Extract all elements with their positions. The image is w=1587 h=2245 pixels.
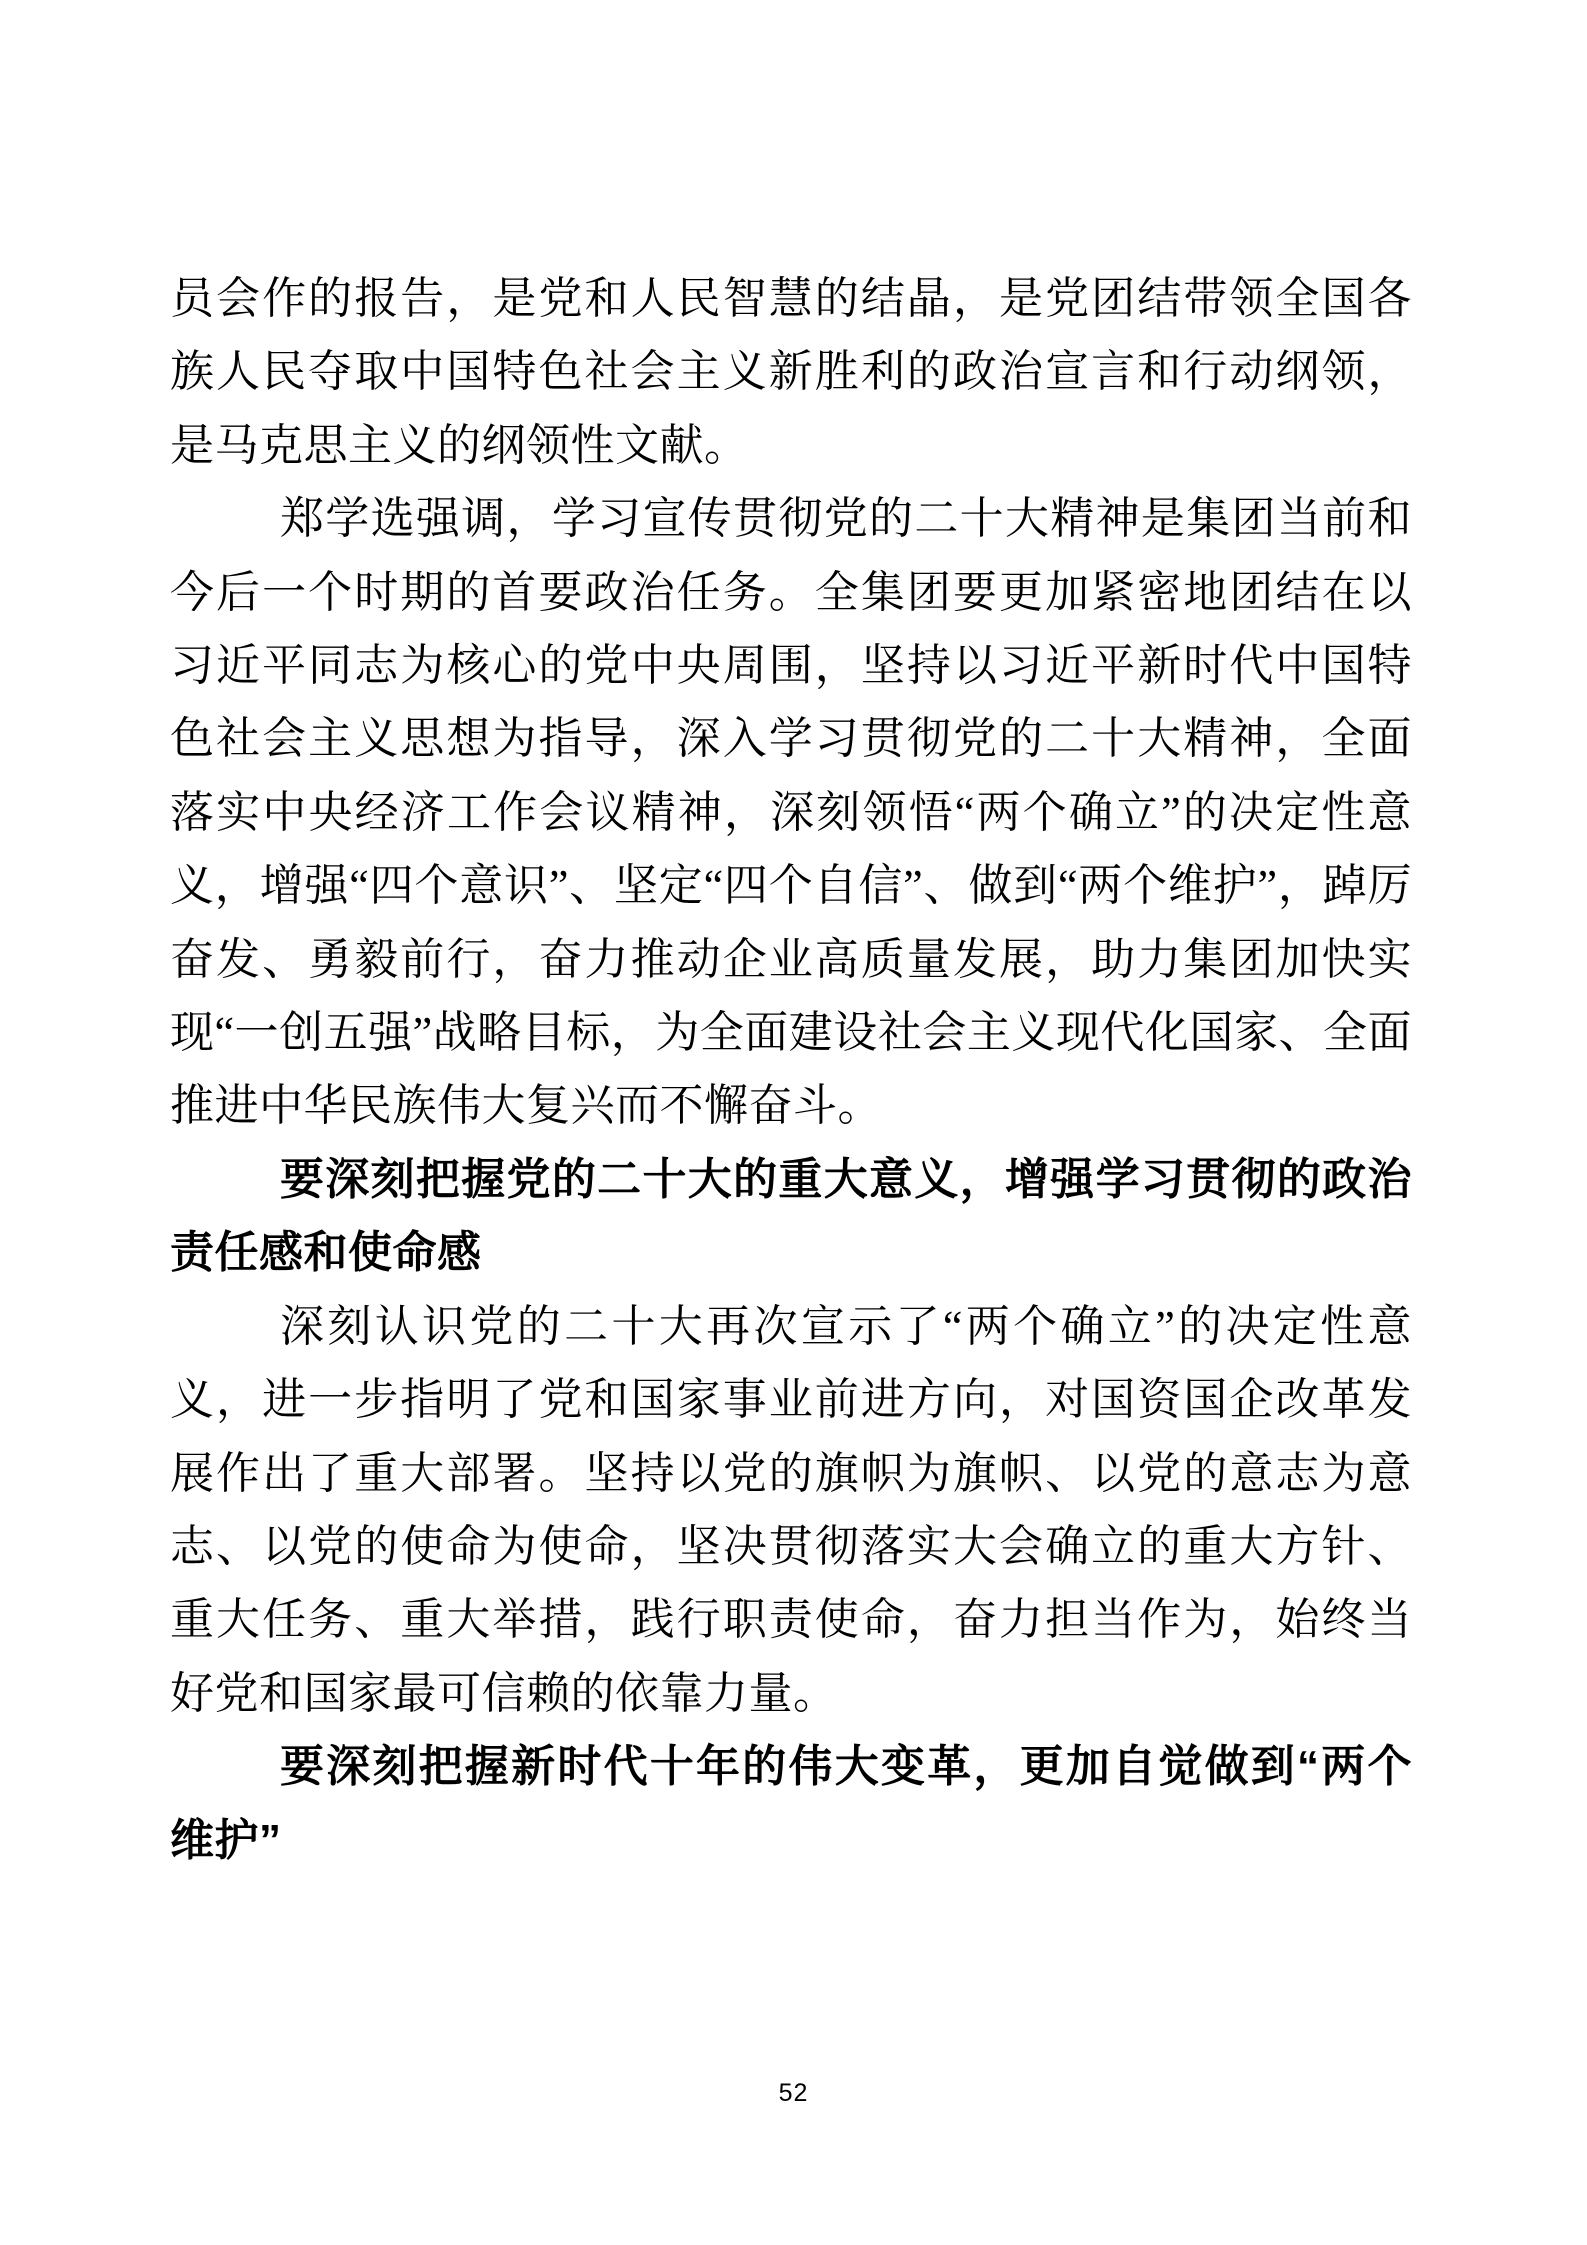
section-heading-significance: 要深刻把握党的二十大的重大意义，增强学习贯彻的政治责任感和使命感 [170,1143,1412,1290]
document-body: 员会作的报告，是党和人民智慧的结晶，是党团结带领全国各族人民夺取中国特色社会主义… [170,262,1412,1877]
section-heading-decade: 要深刻把握新时代十年的伟大变革，更加自觉做到“两个维护” [170,1730,1412,1877]
page-footer: 52 [0,2078,1587,2108]
paragraph-continuation: 员会作的报告，是党和人民智慧的结晶，是党团结带领全国各族人民夺取中国特色社会主义… [170,262,1412,482]
paragraph-understanding: 深刻认识党的二十大再次宣示了“两个确立”的决定性意义，进一步指明了党和国家事业前… [170,1290,1412,1730]
document-page: 员会作的报告，是党和人民智慧的结晶，是党团结带领全国各族人民夺取中国特色社会主义… [0,0,1587,2245]
page-number: 52 [779,2079,809,2107]
paragraph-speech: 郑学选强调，学习宣传贯彻党的二十大精神是集团当前和今后一个时期的首要政治任务。全… [170,482,1412,1143]
